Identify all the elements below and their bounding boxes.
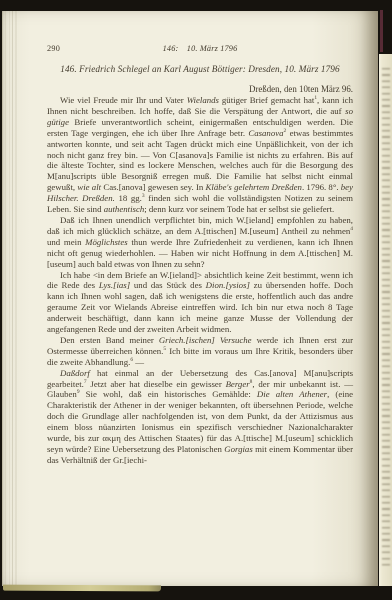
letter-paragraph: Daß ich Ihnen unendlich verpflichtet bin… — [47, 215, 353, 270]
facing-page-edge — [379, 54, 392, 586]
binding-sliver — [380, 10, 383, 52]
letter-title: 146. Friedrich Schlegel an Karl August B… — [47, 64, 353, 74]
letter-paragraph: Daßdorf hat einmal an der Uebersetzung d… — [47, 368, 353, 466]
letter-dateline: Dreßden, den 10ten März 96. — [47, 84, 353, 94]
running-head: 146: 10. März 1796 — [163, 44, 238, 53]
book-page: 290 146: 10. März 1796 146. Friedrich Sc… — [2, 11, 378, 586]
letter-paragraph: Wie viel Freude mir Ihr und Vater Wielan… — [47, 95, 353, 215]
book-scan: 290 146: 10. März 1796 146. Friedrich Sc… — [0, 0, 392, 600]
letter-paragraph: Ich habe <in dem Briefe an W.[ieland]> a… — [47, 270, 353, 335]
page-header: 290 146: 10. März 1796 — [47, 44, 353, 53]
letter-paragraph: Den ersten Band meiner Griech.[ischen] V… — [47, 335, 353, 368]
page-number: 290 — [47, 44, 60, 53]
facing-page-ghost-text — [382, 68, 390, 568]
page-stack-edge-bottom — [3, 585, 161, 592]
